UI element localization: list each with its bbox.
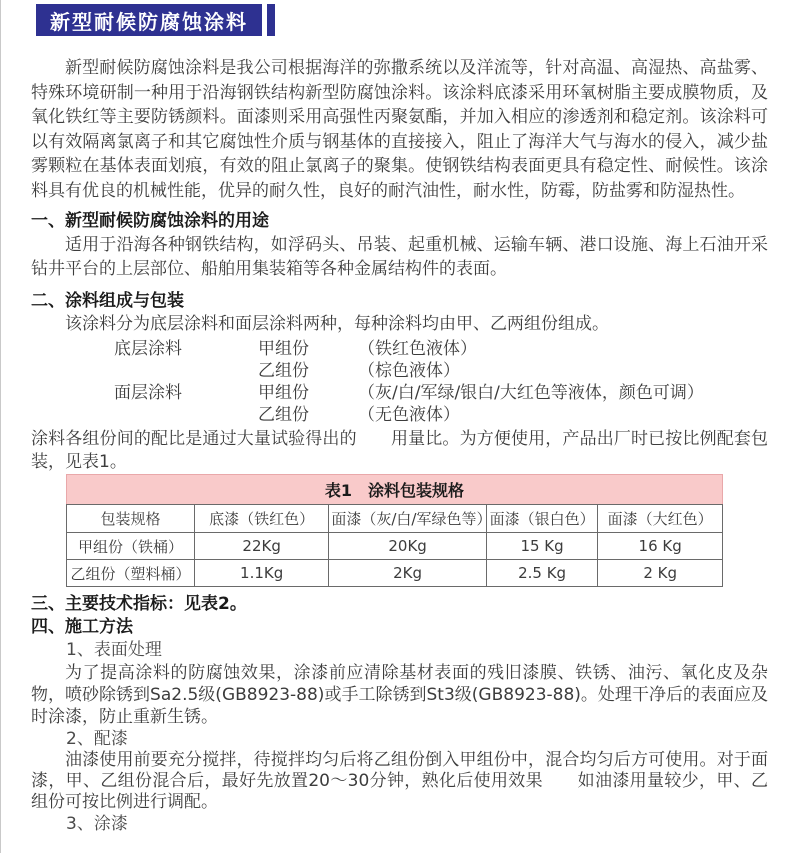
component-row: 乙组份 （无色液体）	[114, 404, 768, 426]
table1-title: 表1 涂料包装规格	[66, 474, 723, 504]
table-cell: 22Kg	[194, 533, 328, 560]
component-row: 底层涂料 甲组份 （铁红色液体）	[114, 338, 768, 360]
table-cell: 16 Kg	[598, 533, 723, 560]
table-header-cell: 面漆（大红色）	[598, 505, 723, 533]
step-3-title: 3、涂漆	[66, 813, 768, 835]
packaging-table: 表1 涂料包装规格 包装规格 底漆（铁红色） 面漆（灰/白/军绿色等） 面漆（银…	[66, 474, 723, 587]
component-part: 甲组份	[258, 382, 358, 404]
component-desc: （无色液体）	[358, 404, 768, 426]
section-3-heading: 三、主要技术指标：见表2。	[31, 593, 768, 616]
component-desc: （铁红色液体）	[358, 338, 768, 360]
component-desc: （棕色液体）	[358, 360, 768, 382]
table-cell: 20Kg	[329, 533, 486, 560]
table-cell: 15 Kg	[486, 533, 598, 560]
title-accent-bar	[267, 4, 275, 36]
component-part: 甲组份	[258, 338, 358, 360]
table-header-row: 包装规格 底漆（铁红色） 面漆（灰/白/军绿色等） 面漆（银白色） 面漆（大红色…	[67, 505, 723, 533]
component-layer: 底层涂料	[114, 338, 258, 360]
intro-paragraph: 新型耐候防腐蚀涂料是我公司根据海洋的弥撒系统以及洋流等，针对高温、高湿热、高盐雾…	[31, 56, 768, 203]
table-header-cell: 包装规格	[67, 505, 195, 533]
component-desc: （灰/白/军绿/银白/大红色等液体，颜色可调）	[358, 382, 768, 404]
mixing-note: 涂料各组份间的配比是通过大量试验得出的 用量比。为方便使用，产品出厂时已按比例配…	[31, 428, 768, 474]
section-1-heading: 一、新型耐候防腐蚀涂料的用途	[31, 209, 768, 233]
table-row: 乙组份（塑料桶） 1.1Kg 2Kg 2.5 Kg 2 Kg	[67, 560, 723, 587]
section-2-body: 该涂料分为底层涂料和面层涂料两种，每种涂料均由甲、乙两组份组成。	[31, 313, 768, 336]
component-list: 底层涂料 甲组份 （铁红色液体） 乙组份 （棕色液体） 面层涂料 甲组份 （灰/…	[114, 338, 768, 426]
component-part: 乙组份	[258, 404, 358, 426]
component-layer	[114, 360, 258, 382]
table-header-cell: 面漆（灰/白/军绿色等）	[329, 505, 486, 533]
table-cell: 乙组份（塑料桶）	[67, 560, 195, 587]
document-page: 新型耐候防腐蚀涂料 新型耐候防腐蚀涂料是我公司根据海洋的弥撒系统以及洋流等，针对…	[0, 0, 796, 853]
component-layer: 面层涂料	[114, 382, 258, 404]
step-2-title: 2、配漆	[66, 728, 768, 750]
table-header-cell: 底漆（铁红色）	[194, 505, 328, 533]
table-row: 甲组份（铁桶） 22Kg 20Kg 15 Kg 16 Kg	[67, 533, 723, 560]
component-row: 乙组份 （棕色液体）	[114, 360, 768, 382]
step-1-body: 为了提高涂料的防腐蚀效果，涂漆前应清除基材表面的残旧漆膜、铁锈、油污、氧化皮及杂…	[31, 662, 768, 728]
title-bar: 新型耐候防腐蚀涂料	[36, 4, 796, 36]
section-2-heading: 二、涂料组成与包装	[31, 289, 768, 313]
table-cell: 2.5 Kg	[486, 560, 598, 587]
table-cell: 1.1Kg	[194, 560, 328, 587]
step-2-body: 油漆使用前要充分搅拌，待搅拌均匀后将乙组份倒入甲组份中，混合均匀后方可使用。对于…	[31, 750, 768, 813]
table-cell: 2Kg	[329, 560, 486, 587]
component-row: 面层涂料 甲组份 （灰/白/军绿/银白/大红色等液体，颜色可调）	[114, 382, 768, 404]
table-cell: 甲组份（铁桶）	[67, 533, 195, 560]
section-4-heading: 四、施工方法	[31, 616, 768, 639]
table-cell: 2 Kg	[598, 560, 723, 587]
table-header-cell: 面漆（银白色）	[486, 505, 598, 533]
page-title: 新型耐候防腐蚀涂料	[36, 4, 262, 36]
section-1-body: 适用于沿海各种钢铁结构，如浮码头、吊装、起重机械、运输车辆、港口设施、海上石油开…	[31, 233, 768, 281]
component-part: 乙组份	[258, 360, 358, 382]
component-layer	[114, 404, 258, 426]
step-1-title: 1、表面处理	[66, 639, 768, 662]
table1-grid: 包装规格 底漆（铁红色） 面漆（灰/白/军绿色等） 面漆（银白色） 面漆（大红色…	[66, 504, 723, 587]
